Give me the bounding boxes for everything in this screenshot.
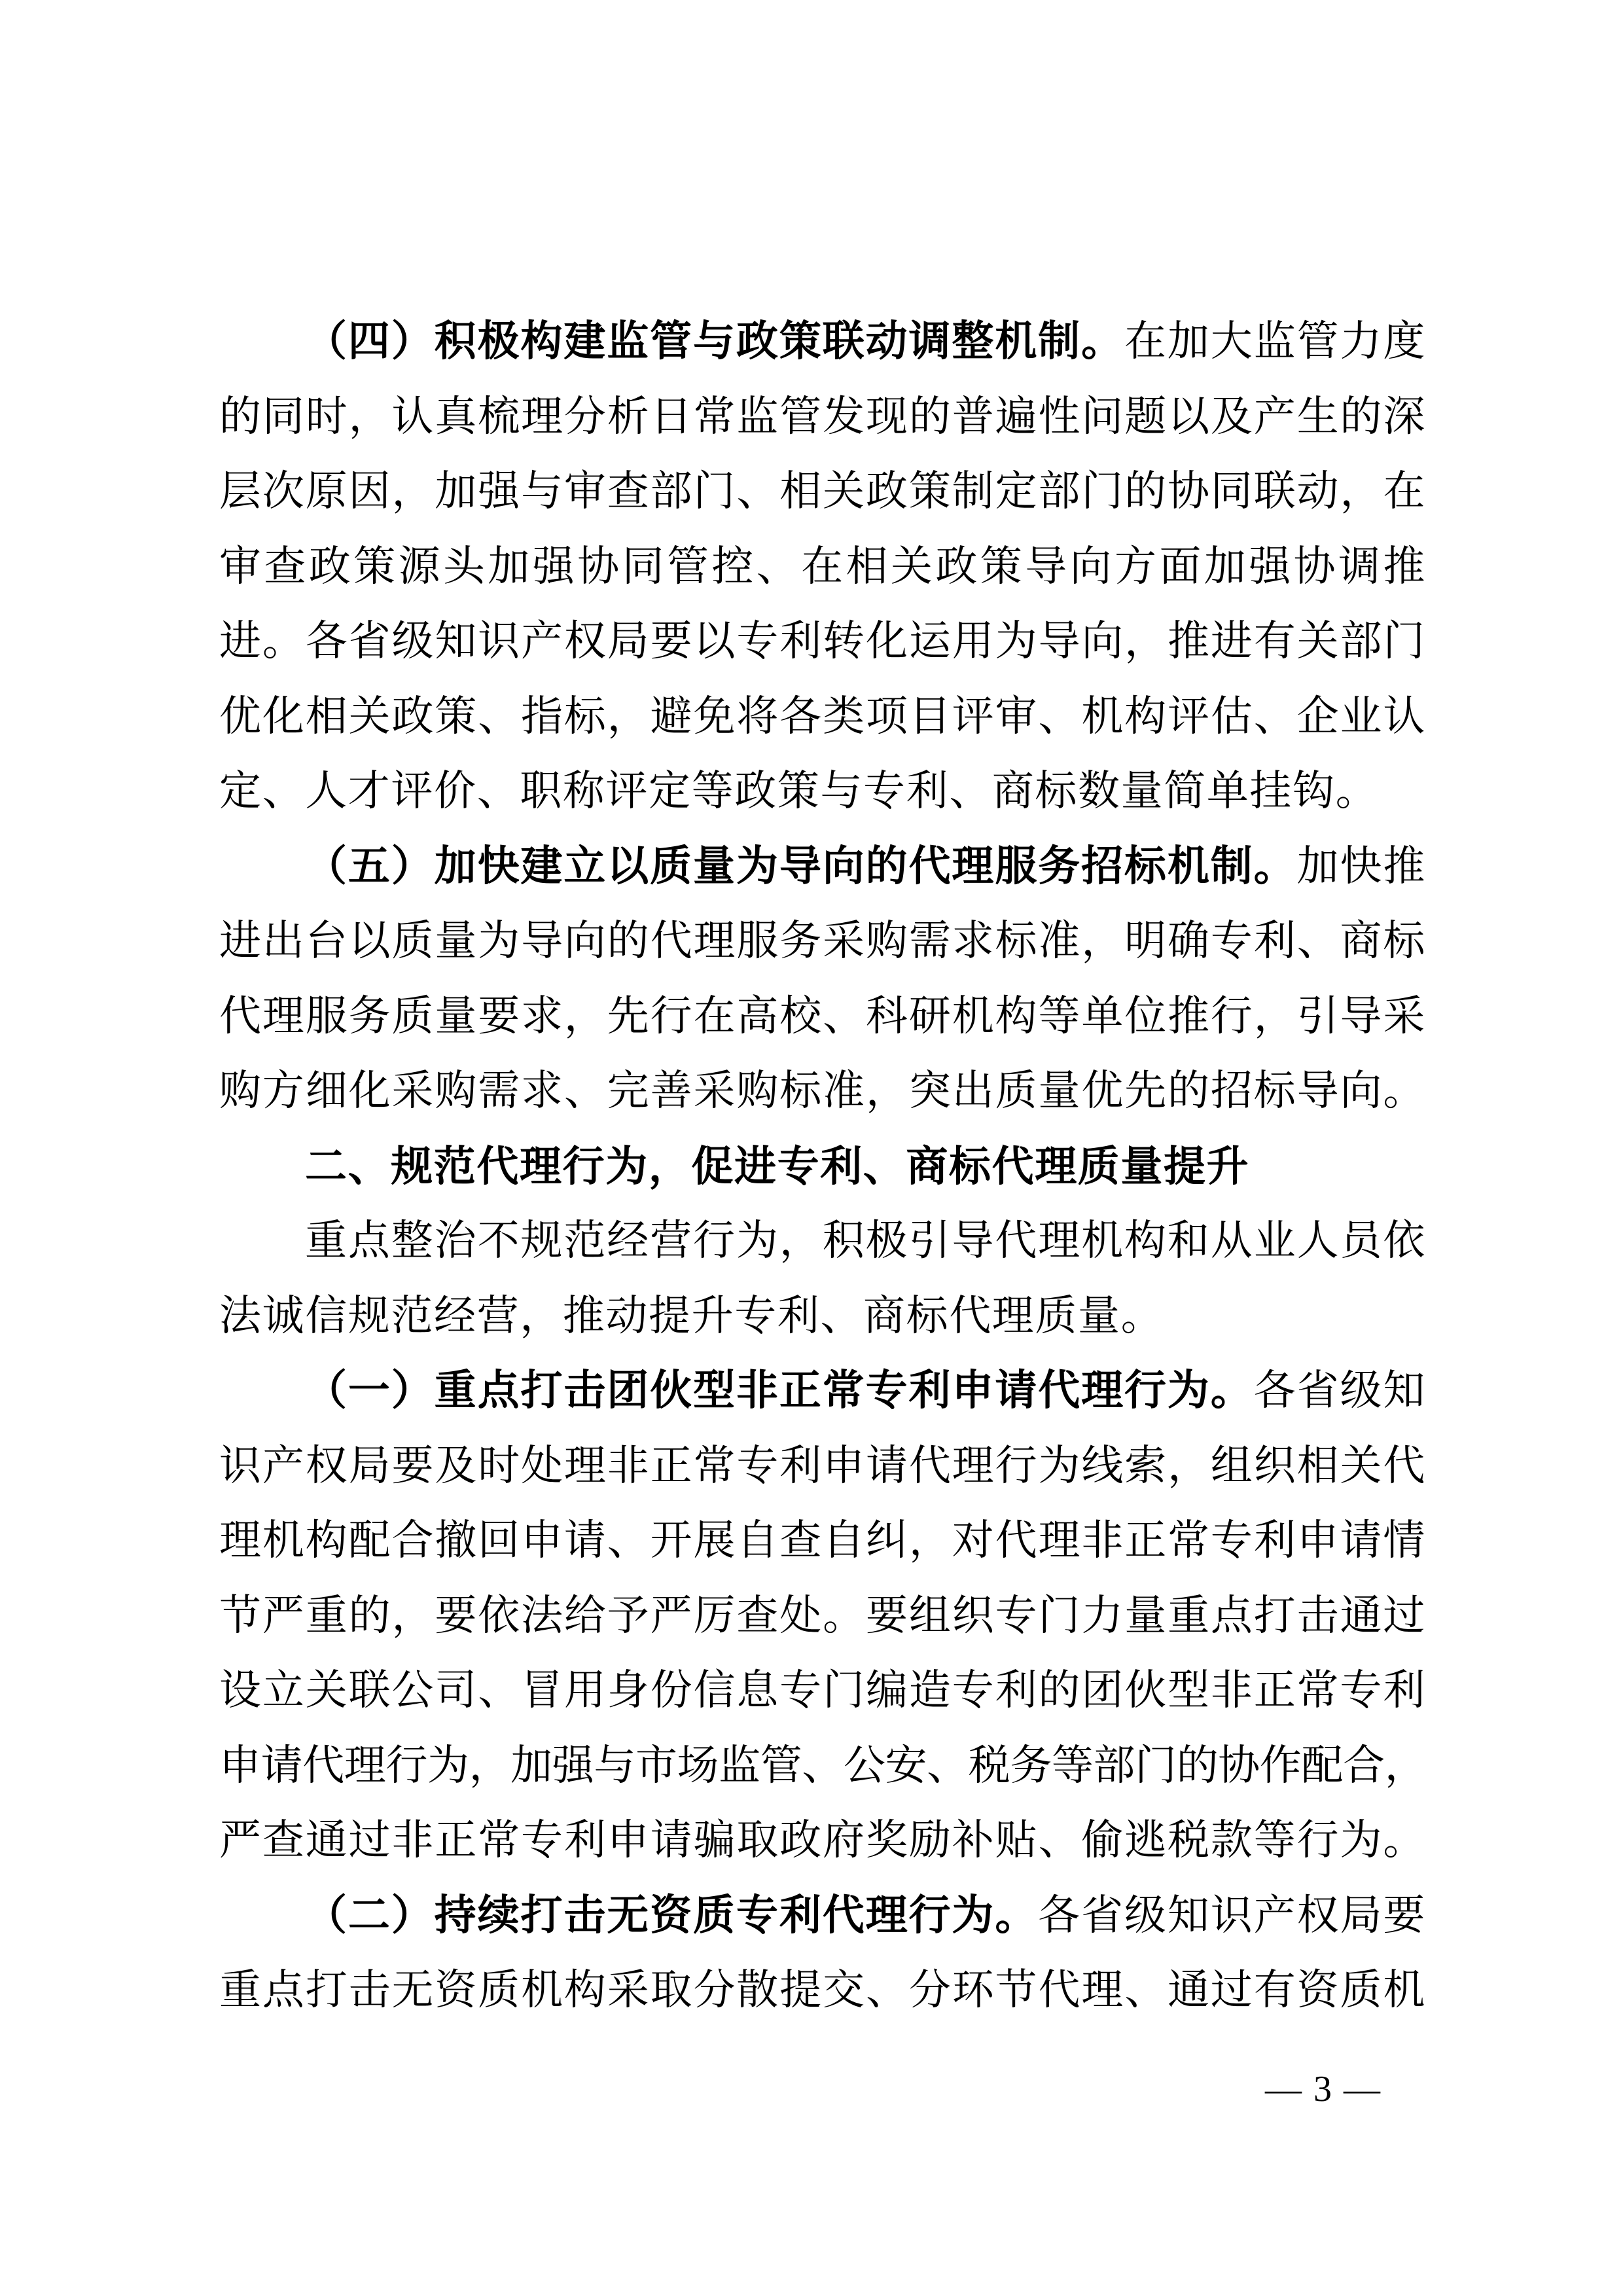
text-line: 层次原因，加强与审查部门、相关政策制定部门的协同联动，在: [219, 454, 1426, 529]
body-text: 各省级知: [1254, 1367, 1426, 1414]
text-line: 审查政策源头加强协同管控、在相关政策导向方面加强协调推: [219, 529, 1426, 605]
body-text: 理机构配合撤回申请、开展自查自纠，对代理非正常专利申请情: [219, 1517, 1426, 1564]
item-5-paragraph: （五）加快建立以质量为导向的代理服务招标机制。加快推进出台以质量为导向的代理服务…: [219, 829, 1426, 1129]
body-text: 审查政策源头加强协同管控、在相关政策导向方面加强协调推: [219, 543, 1426, 590]
text-line: 的同时，认真梳理分析日常监管发现的普遍性问题以及产生的深: [219, 380, 1426, 455]
text-line: 重点整治不规范经营行为，积极引导代理机构和从业人员依: [219, 1204, 1426, 1279]
body-text: 识产权局要及时处理非正常专利申请代理行为线索，组织相关代: [219, 1443, 1426, 1489]
text-line: （四）积极构建监管与政策联动调整机制。在加大监管力度: [219, 304, 1426, 380]
text-line: 理机构配合撤回申请、开展自查自纠，对代理非正常专利申请情: [219, 1503, 1426, 1579]
emphasis-lead-text: 二、规范代理行为，促进专利、商标代理质量提升: [305, 1143, 1249, 1190]
body-text: 节严重的，要依法给予严厉查处。要组织专门力量重点打击通过: [219, 1592, 1426, 1639]
text-line: 节严重的，要依法给予严厉查处。要组织专门力量重点打击通过: [219, 1579, 1426, 1654]
text-line: 重点打击无资质机构采取分散提交、分环节代理、通过有资质机: [219, 1953, 1426, 2028]
text-line: 购方细化采购需求、完善采购标准，突出质量优先的招标导向。: [219, 1054, 1426, 1129]
text-line: 严查通过非正常专利申请骗取政府奖励补贴、偷逃税款等行为。: [219, 1803, 1426, 1878]
text-line: 申请代理行为，加强与市场监管、公安、税务等部门的协作配合，: [219, 1729, 1426, 1804]
text-line: 优化相关政策、指标，避免将各类项目评审、机构评估、企业认: [219, 679, 1426, 755]
body-text: 法诚信规范经营，推动提升专利、商标代理质量。: [219, 1293, 1164, 1339]
text-line: （一）重点打击团伙型非正常专利申请代理行为。各省级知: [219, 1354, 1426, 1429]
text-line: 识产权局要及时处理非正常专利申请代理行为线索，组织相关代: [219, 1429, 1426, 1504]
body-text: 严查通过非正常专利申请骗取政府奖励补贴、偷逃税款等行为。: [219, 1817, 1426, 1863]
text-line: 法诚信规范经营，推动提升专利、商标代理质量。: [219, 1279, 1426, 1354]
body-text: 的同时，认真梳理分析日常监管发现的普遍性问题以及产生的深: [219, 393, 1426, 440]
body-text: 优化相关政策、指标，避免将各类项目评审、机构评估、企业认: [219, 693, 1426, 740]
section-heading-line: 二、规范代理行为，促进专利、商标代理质量提升: [219, 1129, 1426, 1204]
section-2-intro-paragraph: 重点整治不规范经营行为，积极引导代理机构和从业人员依法诚信规范经营，推动提升专利…: [219, 1204, 1426, 1354]
emphasis-lead-text: （二）持续打击无资质专利代理行为。: [305, 1892, 1038, 1939]
text-block: （四）积极构建监管与政策联动调整机制。在加大监管力度的同时，认真梳理分析日常监管…: [219, 304, 1426, 2028]
body-text: 层次原因，加强与审查部门、相关政策制定部门的协同联动，在: [219, 468, 1426, 514]
text-line: （二）持续打击无资质专利代理行为。各省级知识产权局要: [219, 1878, 1426, 1954]
item-4-paragraph: （四）积极构建监管与政策联动调整机制。在加大监管力度的同时，认真梳理分析日常监管…: [219, 304, 1426, 829]
item-2-paragraph: （二）持续打击无资质专利代理行为。各省级知识产权局要重点打击无资质机构采取分散提…: [219, 1878, 1426, 2028]
text-line: 进。各省级知识产权局要以专利转化运用为导向，推进有关部门: [219, 604, 1426, 679]
body-text: 重点打击无资质机构采取分散提交、分环节代理、通过有资质机: [219, 1967, 1426, 2013]
body-text: 加快推: [1297, 843, 1426, 889]
item-1-paragraph: （一）重点打击团伙型非正常专利申请代理行为。各省级知识产权局要及时处理非正常专利…: [219, 1354, 1426, 1878]
body-text: 在加大监管力度: [1124, 318, 1426, 365]
page-number: — 3 —: [1237, 2063, 1410, 2115]
emphasis-lead-text: （一）重点打击团伙型非正常专利申请代理行为。: [305, 1367, 1254, 1414]
body-text: 定、人才评价、职称评定等政策与专利、商标数量简单挂钩。: [219, 768, 1378, 814]
text-line: 定、人才评价、职称评定等政策与专利、商标数量简单挂钩。: [219, 754, 1426, 829]
text-line: 代理服务质量要求，先行在高校、科研机构等单位推行，引导采: [219, 979, 1426, 1054]
body-text: 进出台以质量为导向的代理服务采购需求标准，明确专利、商标: [219, 918, 1426, 964]
body-text: 代理服务质量要求，先行在高校、科研机构等单位推行，引导采: [219, 993, 1426, 1039]
emphasis-lead-text: （四）积极构建监管与政策联动调整机制。: [305, 318, 1124, 365]
body-text: 各省级知识产权局要: [1038, 1892, 1426, 1939]
body-text: 进。各省级知识产权局要以专利转化运用为导向，推进有关部门: [219, 618, 1426, 664]
emphasis-lead-text: （五）加快建立以质量为导向的代理服务招标机制。: [305, 843, 1297, 889]
body-text: 申请代理行为，加强与市场监管、公安、税务等部门的协作配合，: [219, 1742, 1426, 1789]
document-page: （四）积极构建监管与政策联动调整机制。在加大监管力度的同时，认真梳理分析日常监管…: [0, 0, 1623, 2296]
body-text: 购方细化采购需求、完善采购标准，突出质量优先的招标导向。: [219, 1067, 1426, 1114]
section-2-heading: 二、规范代理行为，促进专利、商标代理质量提升: [219, 1129, 1426, 1204]
body-text: 重点整治不规范经营行为，积极引导代理机构和从业人员依: [305, 1217, 1426, 1264]
text-line: 设立关联公司、冒用身份信息专门编造专利的团伙型非正常专利: [219, 1653, 1426, 1729]
text-line: （五）加快建立以质量为导向的代理服务招标机制。加快推: [219, 829, 1426, 905]
text-line: 进出台以质量为导向的代理服务采购需求标准，明确专利、商标: [219, 904, 1426, 979]
body-text: 设立关联公司、冒用身份信息专门编造专利的团伙型非正常专利: [219, 1667, 1426, 1713]
